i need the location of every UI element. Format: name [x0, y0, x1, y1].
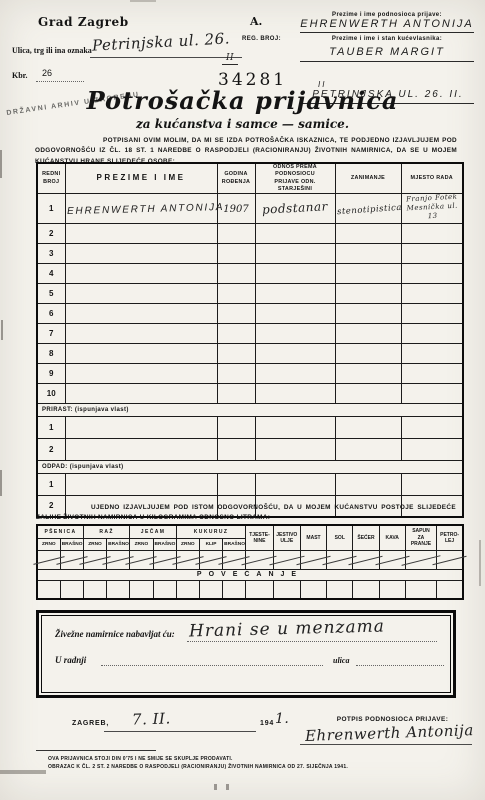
- year-cell: [217, 323, 255, 343]
- name-cell: [65, 323, 217, 343]
- persons-row: 8: [37, 343, 463, 363]
- empty-cell: [217, 438, 255, 460]
- scan-artifact: [479, 540, 481, 586]
- occupation-cell: [335, 283, 401, 303]
- fine-print-line2: OBRAZAC K ČL. 2 ST. 2 NAREDBE O RASPODJE…: [48, 764, 348, 770]
- shop-label: U radnji: [55, 655, 86, 665]
- year-cell: [217, 243, 255, 263]
- supplies-sub-header: KLIP: [199, 538, 222, 550]
- year-printed: 194: [260, 720, 274, 727]
- scanned-form-page: Grad Zagreb A. Prezime i ime podnosioca …: [0, 0, 485, 800]
- applicant-name-handwriting: EHRENWERTH ANTONIJA: [300, 18, 474, 33]
- name-cell: EHRENWERTH ANTONIJA: [65, 194, 217, 224]
- empty-cell: [65, 416, 217, 438]
- supplies-value-row: [37, 550, 463, 569]
- year-cell: [217, 283, 255, 303]
- name-cell: [65, 383, 217, 403]
- supplies-sub-header: ZRNO: [83, 538, 106, 550]
- supplies-sub-header: ZRNO: [130, 538, 153, 550]
- supplies-value-cell: [83, 580, 106, 599]
- empty-cell: [401, 416, 463, 438]
- empty-cell: [335, 438, 401, 460]
- supplies-value-cell: [37, 580, 60, 599]
- persons-row: 6: [37, 303, 463, 323]
- supplies-value-cell: [153, 550, 176, 569]
- date-handwriting: 7. II.: [132, 709, 171, 728]
- year-cell: [217, 383, 255, 403]
- persons-col-header: PREZIME I IME: [65, 163, 217, 194]
- occupation-cell: [335, 243, 401, 263]
- form-title: Potrošačka prijavnica: [0, 86, 485, 115]
- scan-artifact: [214, 784, 217, 790]
- empty-cell: [65, 438, 217, 460]
- relation-cell: [255, 383, 335, 403]
- section-label-row: PRIRAST: (ispunjava vlast): [37, 403, 463, 416]
- supplies-col-header: SAPUN ZA PRANJE: [405, 525, 436, 550]
- relation-cell: [255, 343, 335, 363]
- workplace-cell: Franjo Fotek Mesnička ul. 13: [401, 194, 463, 224]
- persons-row: 9: [37, 363, 463, 383]
- row-number-cell: 7: [37, 323, 65, 343]
- relation-cell: podstanar: [255, 194, 335, 224]
- row-number-cell: 1: [37, 194, 65, 224]
- supplies-sub-header: ZRNO: [176, 538, 199, 550]
- supplies-value-cell: [130, 550, 153, 569]
- supplies-table: PŠENICARAŽJEČAMKUKURUZTJESTE- NINEJESTIV…: [36, 524, 464, 600]
- persons-row: 5: [37, 283, 463, 303]
- supplies-col-header: PETRO- LEJ: [437, 525, 463, 550]
- prirast-row: 1: [37, 416, 463, 438]
- workplace-cell: [401, 263, 463, 283]
- name-cell: [65, 223, 217, 243]
- reg-number-label: REG. BROJ:: [242, 36, 281, 42]
- supplies-value-cell: [300, 550, 326, 569]
- scan-artifact: [0, 150, 2, 178]
- supplies-value-cell: [437, 550, 463, 569]
- persons-table: REDNI BROJPREZIME I IMEGODINA ROĐENJAODN…: [36, 162, 464, 518]
- empty-cell: [335, 473, 401, 495]
- row-number-cell: 4: [37, 263, 65, 283]
- supplies-value-cell: [153, 580, 176, 599]
- relation-cell: [255, 283, 335, 303]
- supplies-group-header: JEČAM: [130, 525, 176, 538]
- persons-row: 7: [37, 323, 463, 343]
- supplies-value-cell: [379, 550, 405, 569]
- persons-row: 10: [37, 383, 463, 403]
- persons-row: 4: [37, 263, 463, 283]
- row-number-cell: 5: [37, 283, 65, 303]
- persons-col-header: GODINA ROĐENJA: [217, 163, 255, 194]
- supplies-value-cell: [327, 580, 353, 599]
- workplace-handwriting: Franjo Fotek Mesnička ul. 13: [402, 193, 462, 222]
- occupation-handwriting: stenotipistica: [336, 203, 402, 218]
- row-number-cell: 3: [37, 243, 65, 263]
- supplies-group-header: RAŽ: [83, 525, 129, 538]
- name-cell: [65, 343, 217, 363]
- prirast-section-label: PRIRAST: (ispunjava vlast): [37, 403, 463, 416]
- workplace-cell: [401, 323, 463, 343]
- name-handwriting: EHRENWERTH ANTONIJA: [66, 202, 224, 217]
- procurement-handwriting: Hrani se u menzama: [189, 616, 385, 641]
- persons-row: 3: [37, 243, 463, 263]
- scan-artifact: [1, 320, 3, 340]
- empty-cell: [335, 416, 401, 438]
- place-label: ZAGREB,: [72, 720, 109, 727]
- supplies-col-header: ŠEĆER: [353, 525, 379, 550]
- supplies-col-header: SOL: [327, 525, 353, 550]
- increase-band: POVEĆANJE: [37, 569, 463, 580]
- workplace-cell: [401, 363, 463, 383]
- supplies-value-cell: [107, 580, 130, 599]
- odpad-section-label: ODPAD: (ispunjava vlast): [37, 460, 463, 473]
- fine-print-line1: OVA PRIJAVNICA STOJI DIN 0'75 I NE SMIJE…: [48, 756, 233, 762]
- workplace-cell: [401, 383, 463, 403]
- supplies-sub-header: BRAŠNO: [60, 538, 83, 550]
- supplies-value-cell: [107, 550, 130, 569]
- row-number-cell: 1: [37, 473, 65, 495]
- supplies-value-cell: [176, 550, 199, 569]
- relation-cell: [255, 223, 335, 243]
- supplies-value-cell: [437, 580, 463, 599]
- row-number-cell: 2: [37, 223, 65, 243]
- supplies-value-cell: [199, 550, 222, 569]
- supplies-col-header: MAST: [300, 525, 326, 550]
- shop-street-label: ulica: [333, 656, 349, 665]
- procurement-label: Živežne namirnice nabavljat ću:: [55, 629, 175, 639]
- empty-cell: [401, 438, 463, 460]
- empty-cell: [217, 416, 255, 438]
- supplies-declaration-paragraph: UJEDNO IZJAVLJUJEM POD ISTOM ODGOVORNOŠĆ…: [36, 503, 456, 524]
- city-heading: Grad Zagreb: [38, 15, 129, 29]
- name-cell: [65, 283, 217, 303]
- supplies-group-header: KUKURUZ: [176, 525, 246, 538]
- workplace-cell: [401, 283, 463, 303]
- supplies-value-cell: [223, 580, 246, 599]
- empty-cell: [255, 438, 335, 460]
- persons-col-header: ZANIMANJE: [335, 163, 401, 194]
- row-number-cell: 9: [37, 363, 65, 383]
- supplies-sub-header: BRAŠNO: [223, 538, 246, 550]
- supplies-col-header: TJESTE- NINE: [246, 525, 273, 550]
- supplies-value-cell: [60, 550, 83, 569]
- occupation-cell: [335, 223, 401, 243]
- relation-cell: [255, 263, 335, 283]
- supplies-value-cell: [300, 580, 326, 599]
- supplies-value-cell: [199, 580, 222, 599]
- form-section-letter: A.: [250, 15, 262, 28]
- supplies-sub-header: ZRNO: [37, 538, 60, 550]
- supplies-value-cell: [130, 580, 153, 599]
- supplies-col-header: KAVA: [379, 525, 405, 550]
- supplies-value-cell: [246, 550, 273, 569]
- persons-col-header: MJESTO RADA: [401, 163, 463, 194]
- empty-cell: [217, 473, 255, 495]
- row-number-cell: 2: [37, 438, 65, 460]
- row-number-cell: 6: [37, 303, 65, 323]
- occupation-cell: [335, 383, 401, 403]
- persons-col-header: REDNI BROJ: [37, 163, 65, 194]
- occupation-cell: [335, 323, 401, 343]
- procurement-box: Živežne namirnice nabavljat ću: Hrani se…: [36, 610, 456, 698]
- name-cell: [65, 303, 217, 323]
- supplies-value-cell: [246, 580, 273, 599]
- workplace-cell: [401, 343, 463, 363]
- supplies-value-cell: [405, 580, 436, 599]
- supplies-value-cell: [37, 550, 60, 569]
- odpad-row: 1: [37, 473, 463, 495]
- occupation-cell: [335, 263, 401, 283]
- empty-cell: [255, 473, 335, 495]
- house-number-value: 26: [42, 68, 52, 78]
- signature-handwriting: Ehrenwerth Antonija: [305, 721, 474, 745]
- empty-cell: [255, 416, 335, 438]
- scan-artifact: [0, 470, 2, 496]
- street-handwriting: Petrinjska ul. 26.: [92, 29, 231, 54]
- scan-artifact: [0, 770, 46, 774]
- street-label: Ulica, trg ili ina oznaka: [12, 46, 92, 55]
- scan-artifact: [226, 784, 229, 790]
- occupation-cell: [335, 343, 401, 363]
- row-number-cell: 8: [37, 343, 65, 363]
- supplies-value-cell: [223, 550, 246, 569]
- prirast-row: 2: [37, 438, 463, 460]
- relation-cell: [255, 323, 335, 343]
- house-number-label: Kbr.: [12, 71, 28, 80]
- persons-col-header: ODNOS PREMA PODNOSIOCU PRIJAVE ODN. STAR…: [255, 163, 335, 194]
- workplace-cell: [401, 223, 463, 243]
- supplies-sub-header: BRAŠNO: [153, 538, 176, 550]
- supplies-value-cell: [379, 580, 405, 599]
- supplies-value-cell: [83, 550, 106, 569]
- supplies-value-cell: [273, 580, 300, 599]
- occupation-cell: [335, 303, 401, 323]
- row-number-cell: 10: [37, 383, 65, 403]
- crossed-out-mark: [433, 556, 467, 565]
- year-cell: [217, 363, 255, 383]
- supplies-value-cell: [327, 550, 353, 569]
- supplies-value-cell: [405, 550, 436, 569]
- supplies-value-cell: [60, 580, 83, 599]
- supplies-col-header: JESTIVO ULJE: [273, 525, 300, 550]
- name-cell: [65, 263, 217, 283]
- relation-handwriting: podstanar: [262, 200, 328, 217]
- year-cell: [217, 303, 255, 323]
- persons-row: 2: [37, 223, 463, 243]
- year-cell: [217, 223, 255, 243]
- owner-name-label: Prezime i ime i stan kućevlasnika:: [300, 36, 474, 42]
- street-floor-handwriting: II: [222, 53, 238, 65]
- year-handwriting: 1.: [275, 711, 289, 727]
- empty-cell: [65, 473, 217, 495]
- supplies-group-header: PŠENICA: [37, 525, 83, 538]
- supplies-value-cell: [176, 580, 199, 599]
- name-cell: [65, 243, 217, 263]
- supplies-value-cell: [353, 580, 379, 599]
- empty-cell: [401, 473, 463, 495]
- occupation-cell: stenotipistica: [335, 194, 401, 224]
- relation-cell: [255, 243, 335, 263]
- occupation-cell: [335, 363, 401, 383]
- year-cell: [217, 263, 255, 283]
- scan-artifact: [130, 0, 156, 2]
- relation-cell: [255, 363, 335, 383]
- supplies-value-row: [37, 580, 463, 599]
- form-subtitle: za kućanstva i samce — samice.: [0, 117, 485, 131]
- owner-name-handwriting: TAUBER MARGIT: [300, 46, 474, 62]
- year-handwriting: 1907: [223, 204, 248, 215]
- row-number-cell: 1: [37, 416, 65, 438]
- workplace-cell: [401, 303, 463, 323]
- supplies-value-cell: [353, 550, 379, 569]
- persons-row: 1EHRENWERTH ANTONIJA1907podstanarstenoti…: [37, 194, 463, 224]
- supplies-value-cell: [273, 550, 300, 569]
- supplies-sub-header: BRAŠNO: [107, 538, 130, 550]
- relation-cell: [255, 303, 335, 323]
- year-cell: [217, 343, 255, 363]
- workplace-cell: [401, 243, 463, 263]
- section-label-row: ODPAD: (ispunjava vlast): [37, 460, 463, 473]
- name-cell: [65, 363, 217, 383]
